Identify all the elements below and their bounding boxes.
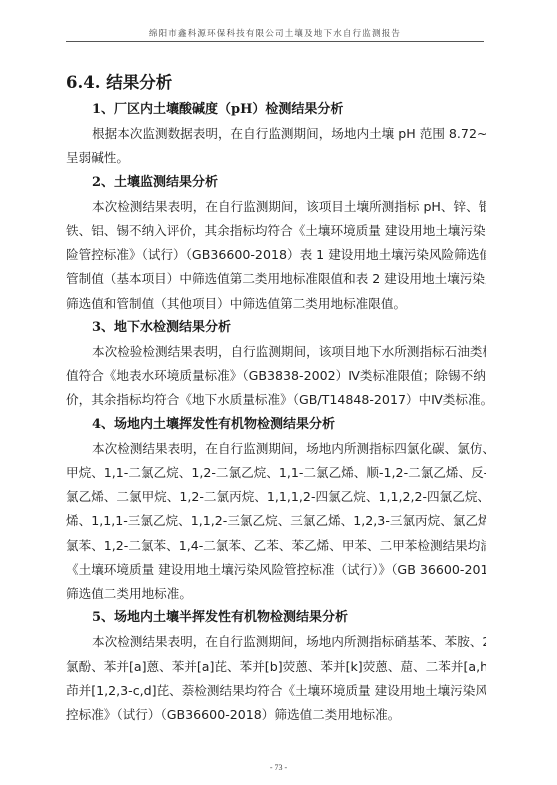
- subsection-title: 1、厂区内土壤酸碱度（pH）检测结果分析: [66, 98, 486, 122]
- section-title: 6.4. 结果分析: [66, 68, 486, 98]
- paragraph-line: 氯酚、苯并[a]蒽、苯并[a]芘、苯并[b]荧蒽、苯并[k]荧蒽、䓛、二苯并[a…: [66, 655, 486, 679]
- paragraph-line: 本次检测结果表明，在自行监测期间，场地内所测指标硝基苯、苯胺、2-: [66, 630, 486, 654]
- subsection-voc: 4、场地内土壤挥发性有机物检测结果分析 本次检测结果表明，在自行监测期间，场地内…: [66, 413, 486, 607]
- paragraph-line: 甲烷、1,1-二氯乙烷、1,2-二氯乙烷、1,1-二氯乙烯、顺-1,2-二氯乙烯…: [66, 461, 486, 485]
- paragraph: 本次检测结果表明，在自行监测期间，场地内所测指标四氯化碳、氯仿、氯 甲烷、1,1…: [66, 437, 486, 606]
- paragraph-line: 本次检验检测结果表明，自行监测期间，该项目地下水所测指标石油类检测: [66, 340, 486, 364]
- header-rule: [66, 41, 484, 42]
- paragraph-line: 筛选值二类用地标准。: [66, 582, 486, 606]
- paragraph-line: 值符合《地表水环境质量标准》（GB3838-2002）Ⅳ类标准限值；除锡不纳入评: [66, 364, 486, 388]
- paragraph-line: 烯、1,1,1-三氯乙烷、1,1,2-三氯乙烷、三氯乙烯、1,2,3-三氯丙烷、…: [66, 509, 486, 533]
- subsection-title: 2、土壤监测结果分析: [66, 171, 486, 195]
- paragraph-line: 控标准》（试行）（GB36600-2018）筛选值二类用地标准。: [66, 703, 486, 727]
- subsection-svoc: 5、场地内土壤半挥发性有机物检测结果分析 本次检测结果表明，在自行监测期间，场地…: [66, 606, 486, 727]
- paragraph-line: 管制值（基本项目）中筛选值第二类用地标准限值和表 2 建设用地土壤污染风险: [66, 267, 486, 291]
- paragraph: 本次检测结果表明，在自行监测期间，场地内所测指标硝基苯、苯胺、2- 氯酚、苯并[…: [66, 630, 486, 727]
- paragraph-line: 本次检测结果表明，在自行监测期间，该项目土壤所测指标 pH、锌、银、: [66, 195, 486, 219]
- paragraph: 本次检验检测结果表明，自行监测期间，该项目地下水所测指标石油类检测 值符合《地表…: [66, 340, 486, 413]
- paragraph-line: 铁、铝、锡不纳入评价，其余指标均符合《土壤环境质量 建设用地土壤污染风: [66, 219, 486, 243]
- page-number: - 73 -: [0, 763, 557, 772]
- subsection-title: 5、场地内土壤半挥发性有机物检测结果分析: [66, 606, 486, 630]
- paragraph-line: 本次检测结果表明，在自行监测期间，场地内所测指标四氯化碳、氯仿、氯: [66, 437, 486, 461]
- paragraph-line: 险管控标准》（试行）（GB36600-2018）表 1 建设用地土壤污染风险筛选…: [66, 243, 486, 267]
- subsection-groundwater: 3、地下水检测结果分析 本次检验检测结果表明，自行监测期间，该项目地下水所测指标…: [66, 316, 486, 413]
- subsection-soil: 2、土壤监测结果分析 本次检测结果表明，在自行监测期间，该项目土壤所测指标 pH…: [66, 171, 486, 316]
- paragraph-line: 呈弱碱性。: [66, 146, 486, 170]
- running-header: 绵阳市鑫科源环保科技有限公司土壤及地下水自行监测报告: [66, 27, 484, 39]
- subsection-title: 4、场地内土壤挥发性有机物检测结果分析: [66, 413, 486, 437]
- paragraph-line: 价，其余指标均符合《地下水质量标准》（GB/T14848-2017）中Ⅳ类标准。: [66, 388, 486, 412]
- paragraph-line: 根据本次监测数据表明，在自行监测期间，场地内土壤 pH 范围 8.72~9.63…: [66, 122, 486, 146]
- paragraph-line: 《土壤环境质量 建设用地土壤污染风险管控标准（试行）》（GB 36600-201…: [66, 558, 486, 582]
- paragraph-line: 氯乙烯、二氯甲烷、1,2-二氯丙烷、1,1,1,2-四氯乙烷、1,1,2,2-四…: [66, 485, 486, 509]
- paragraph-line: 筛选值和管制值（其他项目）中筛选值第二类用地标准限值。: [66, 292, 486, 316]
- paragraph: 本次检测结果表明，在自行监测期间，该项目土壤所测指标 pH、锌、银、 铁、铝、锡…: [66, 195, 486, 316]
- subsection-ph: 1、厂区内土壤酸碱度（pH）检测结果分析 根据本次监测数据表明，在自行监测期间，…: [66, 98, 486, 171]
- document-body: 6.4. 结果分析 1、厂区内土壤酸碱度（pH）检测结果分析 根据本次监测数据表…: [66, 68, 486, 727]
- paragraph: 根据本次监测数据表明，在自行监测期间，场地内土壤 pH 范围 8.72~9.63…: [66, 122, 486, 170]
- paragraph-line: 茚并[1,2,3-c,d]芘、萘检测结果均符合《土壤环境质量 建设用地土壤污染风…: [66, 679, 486, 703]
- subsection-title: 3、地下水检测结果分析: [66, 316, 486, 340]
- paragraph-line: 氯苯、1,2-二氯苯、1,4-二氯苯、乙苯、苯乙烯、甲苯、二甲苯检测结果均满足: [66, 534, 486, 558]
